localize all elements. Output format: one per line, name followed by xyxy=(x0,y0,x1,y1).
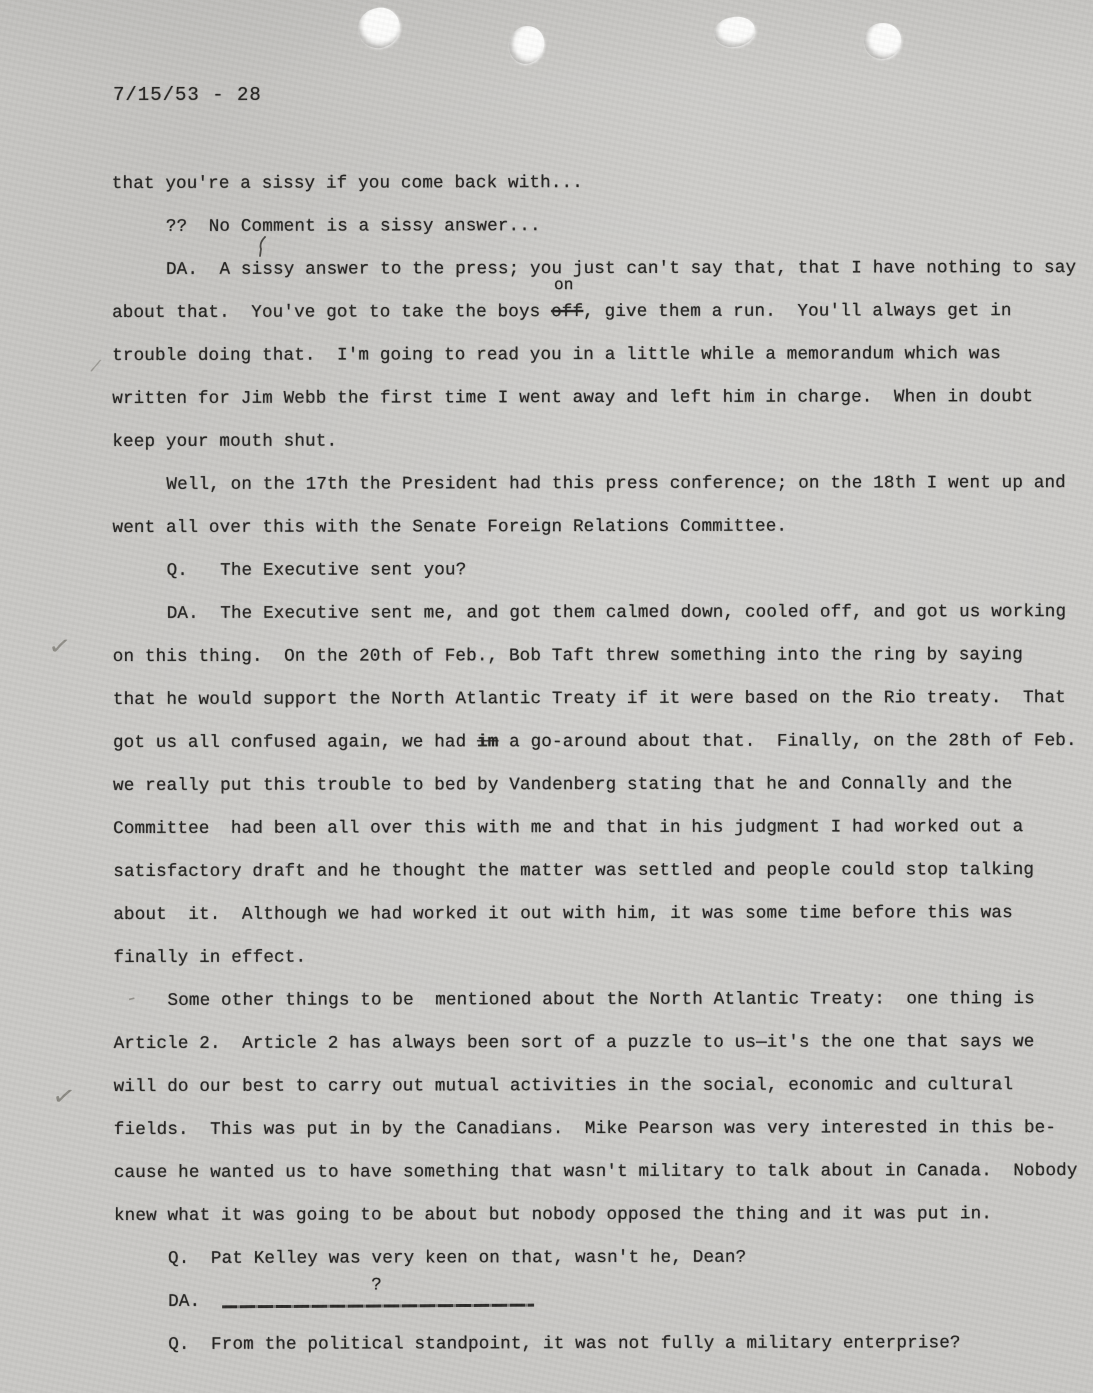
transcript-line: Committee had been all over this with me… xyxy=(113,806,1087,851)
transcript-line: fields. This was put in by the Canadians… xyxy=(114,1107,1088,1152)
line-text: , give them a run. You'll always get in xyxy=(583,301,1011,322)
pencil-slash-mark: / xyxy=(88,357,103,379)
pencil-checkmark: ✓ xyxy=(49,628,71,663)
struck-word: off xyxy=(551,302,583,322)
transcript-line: Some other things to be mentioned about … xyxy=(113,978,1087,1023)
transcript-line-with-correction: got us all confused again, we had im a g… xyxy=(113,720,1087,765)
transcript-line-answer: DA. The Executive sent me, and got them … xyxy=(113,591,1087,636)
transcript-line: trouble doing that. I'm going to read yo… xyxy=(112,333,1086,378)
transcript-line: will do our best to carry out mutual act… xyxy=(114,1064,1088,1109)
transcript-line: that he would support the North Atlantic… xyxy=(113,677,1087,722)
punch-hole xyxy=(713,15,757,49)
transcript-line: that you're a sissy if you come back wit… xyxy=(112,161,1086,206)
question-mark-above-blank: ? xyxy=(371,1264,382,1307)
line-text: about that. You've got to take the boys xyxy=(112,302,551,323)
transcript-line: Well, on the 17th the President had this… xyxy=(112,462,1086,507)
page-header-date-number: 7/15/53 - 28 xyxy=(113,84,262,106)
line-text: got us all confused again, we had xyxy=(113,732,477,753)
transcript-line: Article 2. Article 2 has always been sor… xyxy=(114,1021,1088,1066)
transcript-line: keep your mouth shut. xyxy=(112,419,1086,464)
transcript-line: finally in effect. xyxy=(113,935,1087,980)
speaker-label: DA. xyxy=(168,1292,200,1312)
transcript-line-question: Q. The Executive sent you? xyxy=(113,548,1087,593)
punch-hole xyxy=(354,4,404,53)
transcript-line: written for Jim Webb the first time I we… xyxy=(112,376,1086,421)
correction-above: on xyxy=(554,278,574,292)
transcript-line: satisfactory draft and he thought the ma… xyxy=(113,849,1087,894)
transcript-line: about it. Although we had worked it out … xyxy=(113,892,1087,937)
line-text: a go-around about that. Finally, on the … xyxy=(498,731,1076,752)
transcript-line: cause he wanted us to have something tha… xyxy=(114,1150,1088,1195)
punch-hole xyxy=(506,23,547,67)
pencil-checkmark: ✓ xyxy=(52,1077,76,1115)
transcript-line: we really put this trouble to bed by Van… xyxy=(113,763,1087,808)
transcript-line-with-correction: about that. You've got to take the boys … xyxy=(112,290,1086,335)
transcript-line: knew what it was going to be about but n… xyxy=(114,1193,1088,1238)
handwritten-stroke-mark xyxy=(256,236,268,258)
transcript-line-question: Q. From the political standpoint, it was… xyxy=(114,1322,1088,1367)
transcript-body: that you're a sissy if you come back wit… xyxy=(112,161,1089,1367)
punch-hole xyxy=(863,22,902,60)
struck-word: im xyxy=(477,732,498,752)
scanned-transcript-page: 7/15/53 - 28 that you're a sissy if you … xyxy=(0,0,1093,1393)
transcript-line: went all over this with the Senate Forei… xyxy=(112,505,1086,550)
typed-correction: onoff xyxy=(551,291,583,334)
transcript-line-question: Q. Pat Kelley was very keen on that, was… xyxy=(114,1236,1088,1281)
transcript-line: on this thing. On the 20th of Feb., Bob … xyxy=(113,634,1087,679)
blank-answer-line: ? xyxy=(222,1289,534,1306)
transcript-line-blank-answer: DA.? xyxy=(114,1279,1088,1324)
